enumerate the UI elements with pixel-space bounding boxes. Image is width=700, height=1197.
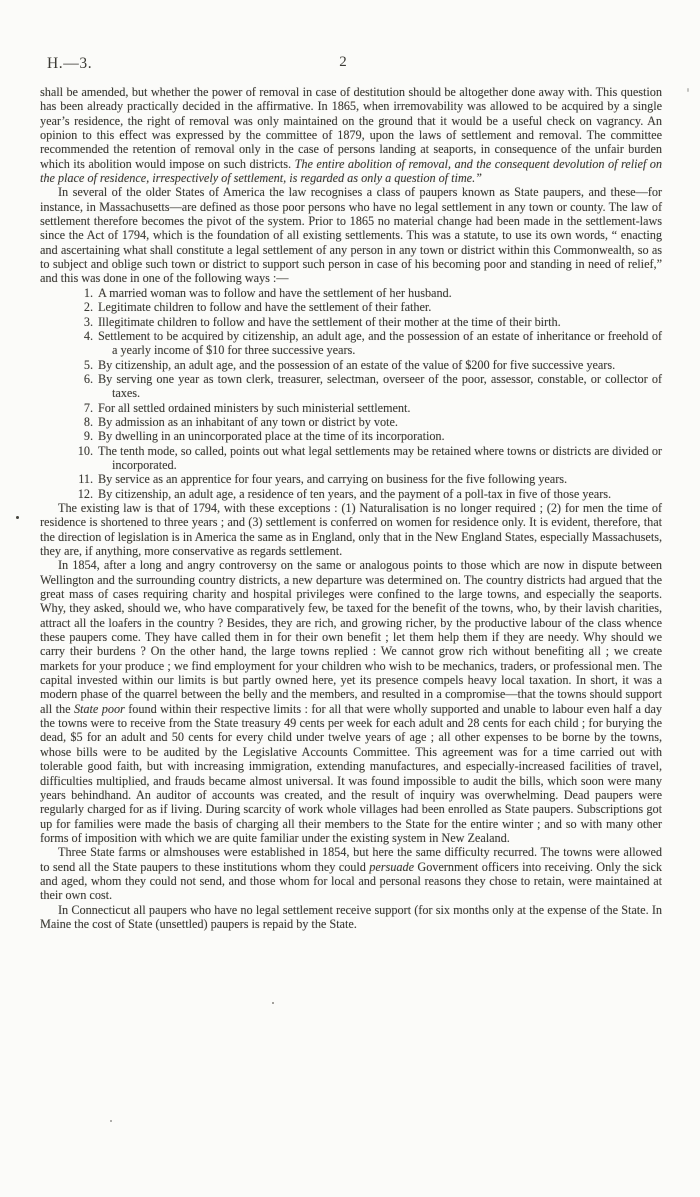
list-item-text: Illegitimate children to follow and have… <box>98 315 561 329</box>
list-item-text: By service as an apprentice for four yea… <box>98 472 567 486</box>
list-item-number: 7. <box>77 401 93 415</box>
list-item-number: 5. <box>77 358 93 372</box>
paragraph: In 1854, after a long and angry controve… <box>40 558 662 845</box>
paragraph: Three State farms or almshouses were est… <box>40 845 662 902</box>
list-item: 1.A married woman was to follow and have… <box>40 286 662 300</box>
list-item-text: Settlement to be acquired by citizenship… <box>98 329 662 357</box>
list-item-number: 9. <box>77 429 93 443</box>
report-series-number: H.—3. <box>47 55 92 73</box>
list-item-text: A married woman was to follow and have t… <box>98 286 452 300</box>
list-item: 3.Illegitimate children to follow and ha… <box>40 315 662 329</box>
paragraph-run: In several of the older States of Americ… <box>40 185 662 285</box>
list-item-number: 4. <box>77 329 93 343</box>
paragraph-run-italic: State poor <box>74 702 125 716</box>
list-item-text: The tenth mode, so called, points out wh… <box>98 444 662 472</box>
paragraph-run: found within their respective limits : f… <box>40 702 662 845</box>
list-item-text: For all settled ordained ministers by su… <box>98 401 410 415</box>
list-item-number: 6. <box>77 372 93 386</box>
list-item: 10.The tenth mode, so called, points out… <box>40 444 662 473</box>
scan-speckle <box>687 88 689 92</box>
scan-speckle <box>272 1002 274 1004</box>
list-item: 9.By dwelling in an unincorporated place… <box>40 429 662 443</box>
paragraph-run: The existing law is that of 1794, with t… <box>40 501 662 558</box>
paragraph-run-italic: persuade <box>369 860 414 874</box>
list-item-number: 12. <box>77 487 93 501</box>
list-item-number: 10. <box>77 444 93 458</box>
list-item-text: By citizenship, an adult age, and the po… <box>98 358 615 372</box>
list-item: 11.By service as an apprentice for four … <box>40 472 662 486</box>
list-item-text: By citizenship, an adult age, a residenc… <box>98 487 611 501</box>
paragraph: In Connecticut all paupers who have no l… <box>40 903 662 932</box>
paragraph-run: In Connecticut all paupers who have no l… <box>40 903 662 931</box>
list-item: 5.By citizenship, an adult age, and the … <box>40 358 662 372</box>
list-item: 4.Settlement to be acquired by citizensh… <box>40 329 662 358</box>
page-number: 2 <box>330 54 356 71</box>
paragraph-run: In 1854, after a long and angry controve… <box>40 558 662 715</box>
paragraph: shall be amended, but whether the power … <box>40 85 662 185</box>
paragraph: In several of the older States of Americ… <box>40 185 662 285</box>
list-item-text: By serving one year as town clerk, treas… <box>98 372 662 400</box>
document-body: shall be amended, but whether the power … <box>40 85 662 931</box>
list-item-number: 11. <box>77 472 93 486</box>
list-item: 6.By serving one year as town clerk, tre… <box>40 372 662 401</box>
list-item: 2.Legitimate children to follow and have… <box>40 300 662 314</box>
scan-speckle <box>110 1120 112 1122</box>
list-item-text: By dwelling in an unincorporated place a… <box>98 429 445 443</box>
list-item: 8.By admission as an inhabitant of any t… <box>40 415 662 429</box>
list-item-number: 2. <box>77 300 93 314</box>
list-item-text: By admission as an inhabitant of any tow… <box>98 415 398 429</box>
scanned-document-page: { "page": { "header_left": "H.—3.", "pag… <box>0 0 700 1197</box>
list-item-number: 8. <box>77 415 93 429</box>
list-item-number: 1. <box>77 286 93 300</box>
paragraph: The existing law is that of 1794, with t… <box>40 501 662 558</box>
list-item: 7.For all settled ordained ministers by … <box>40 401 662 415</box>
scan-speckle <box>16 516 19 519</box>
list-item-number: 3. <box>77 315 93 329</box>
list-item-text: Legitimate children to follow and have t… <box>98 300 431 314</box>
list-item: 12.By citizenship, an adult age, a resid… <box>40 487 662 501</box>
